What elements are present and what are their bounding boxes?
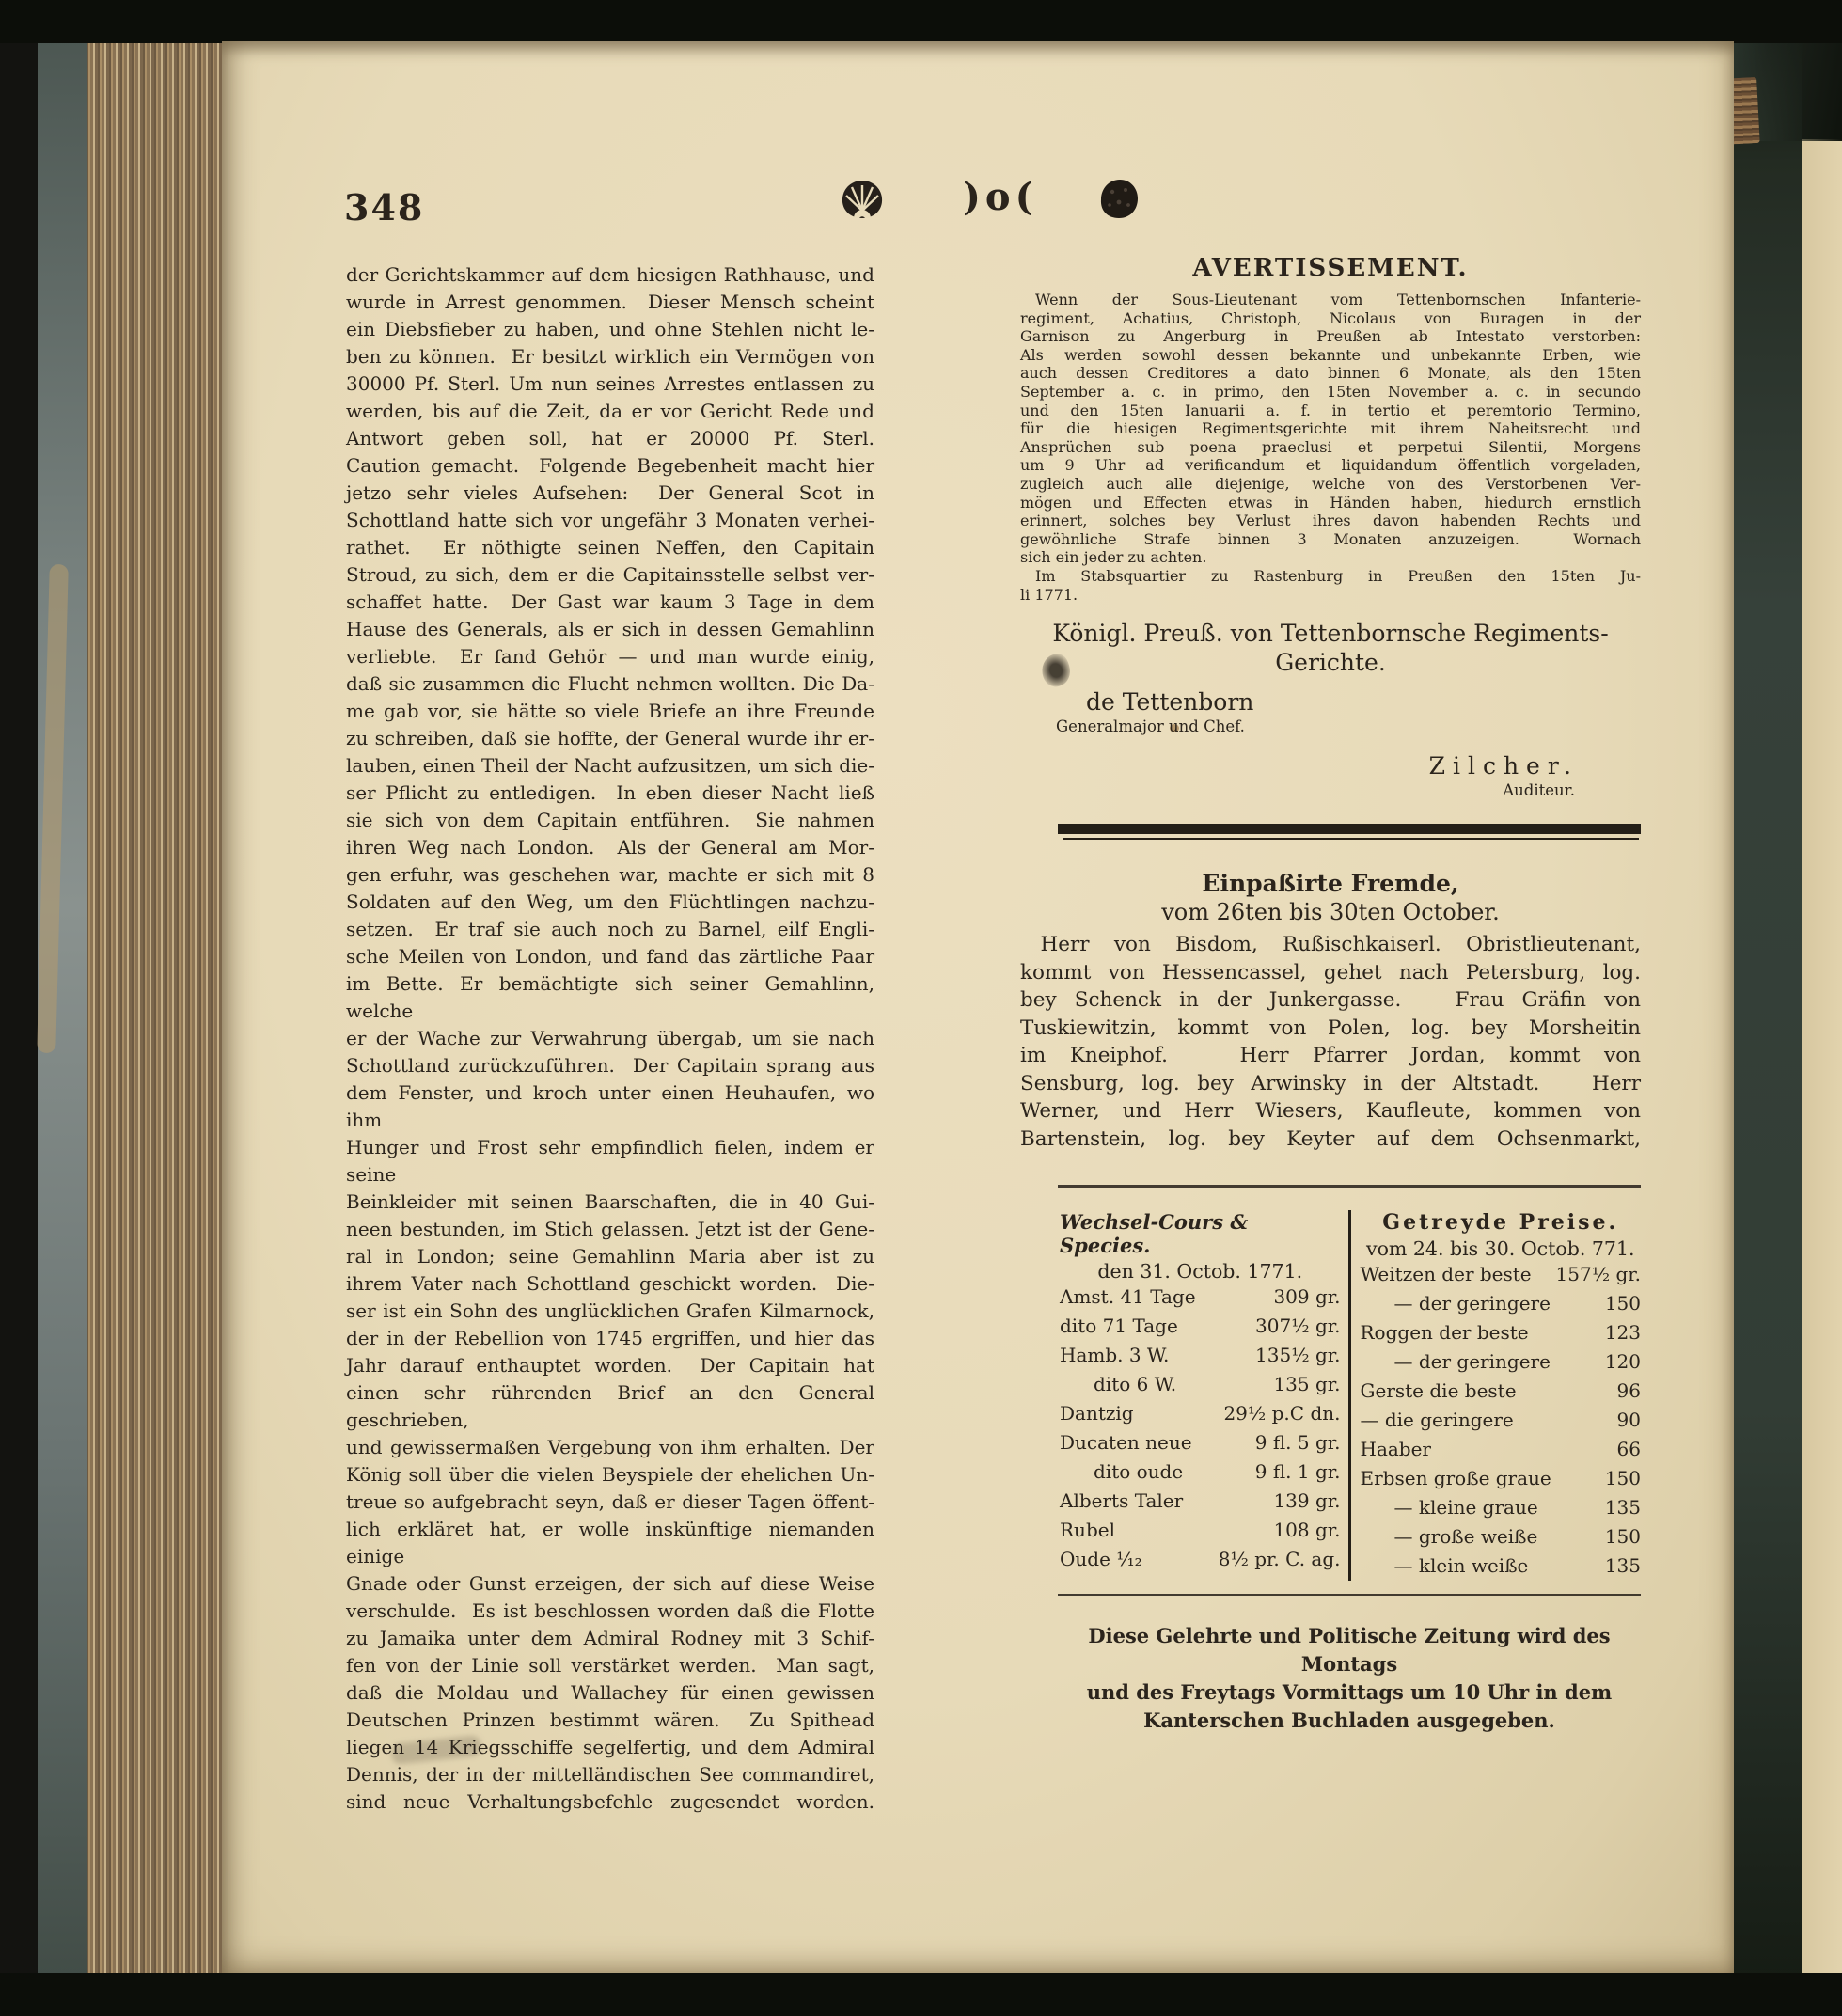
grain-header: Getreyde Preise. <box>1361 1210 1642 1235</box>
text-line: er der Wache zur Verwahrung übergab, um … <box>346 1025 874 1052</box>
fremde-subtitle: vom 26ten bis 30ten October. <box>1020 899 1641 925</box>
text-line: und des Freytags Vormittags um 10 Uhr in… <box>1058 1678 1641 1707</box>
photo-background-left <box>0 0 41 2016</box>
facing-page-sliver <box>1802 139 1842 1975</box>
row-value: 157½ gr. <box>1556 1260 1641 1289</box>
text-line: ral in London; seine Gemahlinn Maria abe… <box>346 1243 874 1270</box>
table-row: Oude ¹⁄₁₂8½ pr. C. ag. <box>1060 1545 1341 1574</box>
text-line: gen erfuhr, was geschehen war, machte er… <box>346 861 874 889</box>
row-value: 123 <box>1605 1318 1641 1347</box>
row-value: 108 gr. <box>1273 1516 1340 1545</box>
row-label: Gerste die beste <box>1361 1377 1517 1406</box>
table-row: — der geringere150 <box>1361 1289 1642 1318</box>
text-line: Antwort geben soll, hat er 20000 Pf. Ste… <box>346 425 874 452</box>
table-bottom-rule <box>1058 1594 1641 1597</box>
court-line: Königl. Preuß. von Tettenbornsche Regime… <box>1020 619 1641 648</box>
text-line: Kanterschen Buchladen ausgegeben. <box>1058 1707 1641 1735</box>
text-line: ihrem Vater nach Schottland geschickt wo… <box>346 1270 874 1298</box>
text-line: kommt von Hessencassel, gehet nach Peter… <box>1020 959 1641 987</box>
text-line: wurde in Arrest genommen. Dieser Mensch … <box>346 289 874 316</box>
text-line: Herr von Bisdom, Rußischkaiserl. Obristl… <box>1020 931 1641 959</box>
row-value: 90 <box>1617 1406 1641 1435</box>
exchange-header: Wechsel-Cours & Species. <box>1060 1210 1341 1257</box>
photo-background-top <box>0 0 1842 43</box>
text-line: lich erkläret hat, er wolle inskünftige … <box>346 1516 874 1570</box>
table-row: Rubel108 gr. <box>1060 1516 1341 1545</box>
signature-name-title: Generalmajor und Chef. <box>1056 717 1641 735</box>
right-column: AVERTISSEMENT. Wenn der Sous-Lieutenant … <box>1020 254 1641 1735</box>
fleuron-blob-icon <box>1094 177 1143 224</box>
fremde-title: Einpaßirte Fremde, <box>1020 870 1641 897</box>
text-line: im Bette. Er bemächtigte sich seiner Gem… <box>346 970 874 1025</box>
row-label: Hamb. 3 W. <box>1060 1341 1169 1370</box>
text-line: Werner, und Herr Wiesers, Kaufleute, kom… <box>1020 1097 1641 1126</box>
publication-notice: Diese Gelehrte und Politische Zeitung wi… <box>1058 1622 1641 1735</box>
table-row: Erbsen große graue150 <box>1361 1464 1642 1493</box>
table-row: Ducaten neue9 fl. 5 gr. <box>1060 1428 1341 1457</box>
table-row: dito 6 W.135 gr. <box>1060 1370 1341 1399</box>
text-line: Ansprüchen sub poena praeclusi et perpet… <box>1020 438 1641 457</box>
table-row: Hamb. 3 W.135½ gr. <box>1060 1341 1341 1370</box>
court-designation: Königl. Preuß. von Tettenbornsche Regime… <box>1020 619 1641 677</box>
text-line: Gnade oder Gunst erzeigen, der sich auf … <box>346 1570 874 1598</box>
row-value: 135 <box>1605 1551 1641 1581</box>
text-line: li 1771. <box>1020 586 1641 605</box>
grain-prices-column: Getreyde Preise. vom 24. bis 30. Octob. … <box>1348 1210 1642 1581</box>
table-row: dito 71 Tage307½ gr. <box>1060 1312 1341 1341</box>
book-page: 348 )o( der Gerichtskammer auf dem hiesi… <box>222 41 1734 1973</box>
text-line: liegen 14 Kriegsschiffe segelfertig, und… <box>346 1734 874 1761</box>
row-label: Ducaten neue <box>1060 1428 1192 1457</box>
text-line: regiment, Achatius, Christoph, Nicolaus … <box>1020 309 1641 328</box>
text-line: Soldaten auf den Weg, um den Flüchtlinge… <box>346 889 874 916</box>
table-row: — klein weiße135 <box>1361 1551 1642 1581</box>
text-line: Diese Gelehrte und Politische Zeitung wi… <box>1058 1622 1641 1678</box>
text-line: sie sich von dem Capitain entführen. Sie… <box>346 807 874 834</box>
text-line: ser ist ein Sohn des unglücklichen Grafe… <box>346 1298 874 1325</box>
text-line: 30000 Pf. Sterl. Um nun seines Arrestes … <box>346 370 874 398</box>
row-label: Weitzen der beste <box>1361 1260 1532 1289</box>
table-row: — der geringere120 <box>1361 1347 1642 1377</box>
exchange-rates-column: Wechsel-Cours & Species. den 31. Octob. … <box>1060 1210 1348 1581</box>
row-label: — der geringere <box>1361 1289 1551 1318</box>
table-row: Alberts Taler139 gr. <box>1060 1487 1341 1516</box>
table-row: Roggen der beste123 <box>1361 1318 1642 1347</box>
row-value: 150 <box>1605 1464 1641 1493</box>
row-value: 29½ p.C dn. <box>1223 1399 1340 1428</box>
court-line: Gerichte. <box>1020 648 1641 677</box>
text-line: zu Jamaika unter dem Admiral Rodney mit … <box>346 1625 874 1652</box>
row-value: 309 gr. <box>1273 1283 1340 1312</box>
text-line: zu schreiben, daß sie hoffte, der Genera… <box>346 725 874 752</box>
table-row: Dantzig29½ p.C dn. <box>1060 1399 1341 1428</box>
text-line: daß die Moldau und Wallachey für einen g… <box>346 1679 874 1707</box>
auditor-title: Auditeur. <box>1020 781 1641 799</box>
row-value: 8½ pr. C. ag. <box>1219 1545 1341 1574</box>
table-row: Haaber66 <box>1361 1435 1642 1464</box>
grain-date: vom 24. bis 30. Octob. 771. <box>1361 1237 1642 1260</box>
text-line: Schottland zurückzuführen. Der Capitain … <box>346 1052 874 1079</box>
text-line: sich ein jeder zu achten. <box>1020 548 1641 567</box>
text-line: Tuskiewitzin, kommt von Polen, log. bey … <box>1020 1015 1641 1043</box>
row-label: Haaber <box>1361 1435 1432 1464</box>
text-line: der in der Rebellion von 1745 ergriffen,… <box>346 1325 874 1352</box>
row-label: — kleine graue <box>1361 1493 1538 1522</box>
text-line: auch dessen Creditores a dato binnen 6 M… <box>1020 364 1641 383</box>
text-line: der Gerichtskammer auf dem hiesigen Rath… <box>346 261 874 289</box>
table-row: — große weiße150 <box>1361 1522 1642 1551</box>
text-line: Bartenstein, log. bey Keyter auf dem Och… <box>1020 1126 1641 1154</box>
row-label: Roggen der beste <box>1361 1318 1529 1347</box>
text-line: Deutschen Prinzen bestimmt wären. Zu Spi… <box>346 1707 874 1734</box>
text-line: erinnert, solches bey Verlust ihres davo… <box>1020 512 1641 530</box>
row-value: 66 <box>1617 1435 1641 1464</box>
row-value: 120 <box>1605 1347 1641 1377</box>
text-line: und den 15ten Ianuarii a. f. in tertio e… <box>1020 402 1641 420</box>
exchange-date: den 31. Octob. 1771. <box>1060 1260 1341 1283</box>
text-line: treue so aufgebracht seyn, daß er dieser… <box>346 1488 874 1516</box>
text-line: lauben, einen Theil der Nacht aufzusitze… <box>346 752 874 780</box>
row-label: dito 6 W. <box>1060 1370 1176 1399</box>
text-line: und gewissermaßen Vergebung von ihm erha… <box>346 1434 874 1461</box>
signature-name: de Tettenborn <box>1086 688 1641 716</box>
text-line: September a. c. in primo, den 15ten Nove… <box>1020 383 1641 402</box>
text-line: Caution gemacht. Folgende Begebenheit ma… <box>346 452 874 480</box>
row-value: 307½ gr. <box>1255 1312 1340 1341</box>
text-line: sind neue Verhaltungsbefehle zugesendet … <box>346 1788 874 1816</box>
text-line: im Kneiphof. Herr Pfarrer Jordan, kommt … <box>1020 1042 1641 1070</box>
text-line: werden, bis auf die Zeit, da er vor Geri… <box>346 398 874 425</box>
avertissement-body: Wenn der Sous-Lieutenant vom Tettenborns… <box>1020 291 1641 604</box>
text-line: neen bestunden, im Stich gelassen. Jetzt… <box>346 1216 874 1243</box>
scanned-book-photo: 348 )o( der Gerichtskammer auf dem hiesi… <box>0 0 1842 2016</box>
text-line: König soll über die vielen Beyspiele der… <box>346 1461 874 1488</box>
text-line: setzen. Er traf sie auch noch zu Barnel,… <box>346 916 874 943</box>
text-line: ein Diebsfieber zu haben, und ohne Stehl… <box>346 316 874 343</box>
table-row: — die geringere90 <box>1361 1406 1642 1435</box>
row-label: dito oude <box>1060 1457 1183 1487</box>
text-line: Als werden sowohl dessen bekannte und un… <box>1020 346 1641 365</box>
row-value: 150 <box>1605 1289 1641 1318</box>
avertissement-title: AVERTISSEMENT. <box>1020 254 1641 282</box>
row-value: 135 gr. <box>1273 1370 1340 1399</box>
table-row: dito oude9 fl. 1 gr. <box>1060 1457 1341 1487</box>
row-label: Alberts Taler <box>1060 1487 1183 1516</box>
text-line: dem Fenster, und kroch unter einen Heuha… <box>346 1079 874 1134</box>
book-gutter-shadow <box>1734 0 1802 2016</box>
text-line: jetzo sehr vieles Aufsehen: Der General … <box>346 480 874 507</box>
text-line: ihren Weg nach London. Als der General a… <box>346 834 874 861</box>
row-label: dito 71 Tage <box>1060 1312 1178 1341</box>
text-line: mögen und Effecten etwas in Händen haben… <box>1020 494 1641 512</box>
text-line: Sensburg, log. bey Arwinsky in der Altst… <box>1020 1070 1641 1098</box>
text-line: ser Pflicht zu entledigen. In eben diese… <box>346 780 874 807</box>
table-top-rule <box>1058 1185 1641 1188</box>
text-line: Stroud, zu sich, dem er die Capitainsste… <box>346 561 874 589</box>
fremde-body: Herr von Bisdom, Rußischkaiserl. Obristl… <box>1020 931 1641 1153</box>
text-line: Schottland hatte sich vor ungefähr 3 Mon… <box>346 507 874 534</box>
text-line: verliebte. Er fand Gehör — und man wurde… <box>346 643 874 670</box>
lune-separator-ornament: )o( <box>963 175 1038 219</box>
text-line: rathet. Er nöthigte seinen Neffen, den C… <box>346 534 874 561</box>
row-label: Dantzig <box>1060 1399 1134 1428</box>
table-row: — kleine graue135 <box>1361 1493 1642 1522</box>
text-line: gewöhnliche Strafe binnen 3 Monaten anzu… <box>1020 530 1641 549</box>
text-line: Im Stabsquartier zu Rastenburg in Preuße… <box>1020 567 1641 586</box>
text-line: einen sehr rührenden Brief an den Genera… <box>346 1379 874 1434</box>
text-line: Dennis, der in der mittelländischen See … <box>346 1761 874 1788</box>
text-line: daß sie zusammen die Flucht nehmen wollt… <box>346 670 874 698</box>
row-value: 150 <box>1605 1522 1641 1551</box>
row-label: Amst. 41 Tage <box>1060 1283 1196 1312</box>
text-line: me gab vor, sie hätte so viele Briefe an… <box>346 698 874 725</box>
text-line: Hause des Generals, als er sich in desse… <box>346 616 874 643</box>
page-number: 348 <box>344 186 424 228</box>
text-line: fen von der Linie soll verstärket werden… <box>346 1652 874 1679</box>
text-line: um 9 Uhr ad verificandum et liquidandum … <box>1020 456 1641 475</box>
row-label: — große weiße <box>1361 1522 1538 1551</box>
text-line: sche Meilen von London, und fand das zär… <box>346 943 874 970</box>
row-value: 135 <box>1605 1493 1641 1522</box>
price-table: Wechsel-Cours & Species. den 31. Octob. … <box>1060 1210 1641 1581</box>
exchange-rows: Amst. 41 Tage309 gr.dito 71 Tage307½ gr.… <box>1060 1283 1341 1574</box>
table-row: Weitzen der beste157½ gr. <box>1361 1260 1642 1289</box>
table-row: Amst. 41 Tage309 gr. <box>1060 1283 1341 1312</box>
row-label: Erbsen große graue <box>1361 1464 1551 1493</box>
row-value: 9 fl. 1 gr. <box>1255 1457 1341 1487</box>
fleuron-shell-icon <box>838 179 887 224</box>
row-value: 96 <box>1617 1377 1641 1406</box>
left-text-column: der Gerichtskammer auf dem hiesigen Rath… <box>346 261 874 1816</box>
row-label: — die geringere <box>1361 1406 1514 1435</box>
photo-background-bottom <box>0 1973 1842 2016</box>
page-stack-fore-edge <box>87 32 224 1980</box>
section-divider-thick <box>1058 824 1641 834</box>
row-label: Oude ¹⁄₁₂ <box>1060 1545 1142 1574</box>
text-line: schaffet hatte. Der Gast war kaum 3 Tage… <box>346 589 874 616</box>
row-value: 135½ gr. <box>1255 1341 1340 1370</box>
text-line: Wenn der Sous-Lieutenant vom Tettenborns… <box>1020 291 1641 309</box>
text-line: bey Schenck in der Junkergasse. Frau Grä… <box>1020 986 1641 1015</box>
text-line: zugleich auch alle diejenige, welche von… <box>1020 475 1641 494</box>
row-label: — der geringere <box>1361 1347 1551 1377</box>
text-line: Garnison zu Angerburg in Preußen ab Inte… <box>1020 327 1641 346</box>
row-label: Rubel <box>1060 1516 1115 1545</box>
row-label: — klein weiße <box>1361 1551 1529 1581</box>
text-line: ben zu können. Er besitzt wirklich ein V… <box>346 343 874 370</box>
text-line: Jahr darauf enthauptet worden. Der Capit… <box>346 1352 874 1379</box>
text-line: verschulde. Es ist beschlossen worden da… <box>346 1598 874 1625</box>
text-line: für die hiesigen Regimentsgerichte mit i… <box>1020 419 1641 438</box>
table-row: Gerste die beste96 <box>1361 1377 1642 1406</box>
grain-rows: Weitzen der beste157½ gr.— der geringere… <box>1361 1260 1642 1581</box>
text-line: Beinkleider mit seinen Baarschaften, die… <box>346 1189 874 1216</box>
row-value: 139 gr. <box>1273 1487 1340 1516</box>
auditor-name: Zilcher. <box>1020 752 1641 780</box>
text-line: Hunger und Frost sehr empfindlich fielen… <box>346 1134 874 1189</box>
row-value: 9 fl. 5 gr. <box>1255 1428 1341 1457</box>
